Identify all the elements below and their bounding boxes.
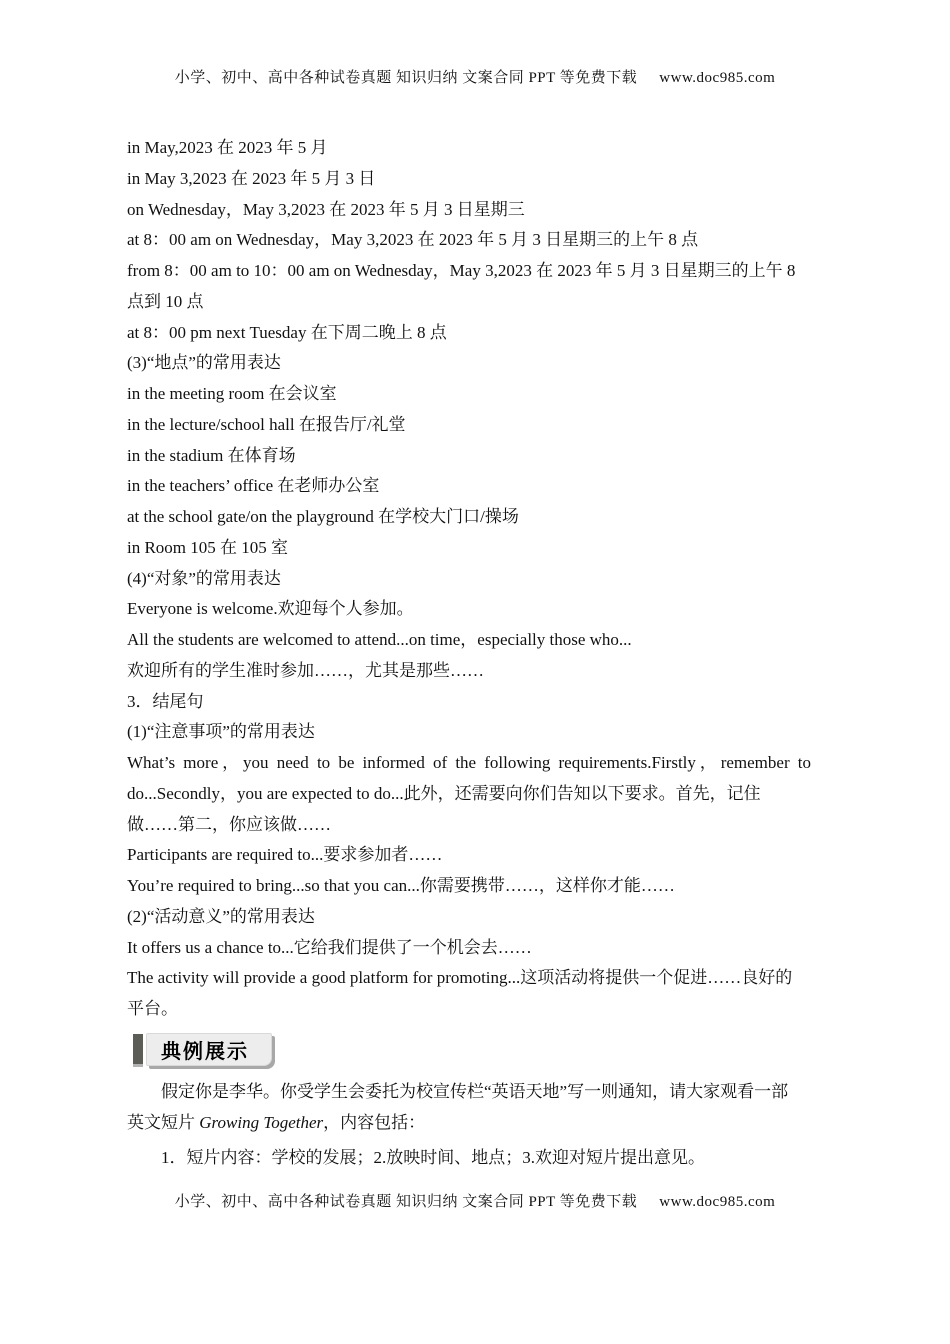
text-line: Participants are required to...要求参加者…… bbox=[127, 840, 811, 871]
text-line: You’re required to bring...so that you c… bbox=[127, 871, 811, 902]
header-site-url: www.doc985.com bbox=[659, 70, 775, 86]
text-line: in Room 105 在 105 室 bbox=[127, 533, 811, 564]
badge-label: 典例展示 bbox=[161, 1035, 249, 1064]
footer-site-url: www.doc985.com bbox=[659, 1194, 775, 1210]
text-line: do...Secondly，you are expected to do...此… bbox=[127, 779, 811, 810]
text-line: 做……第二，你应该做…… bbox=[127, 810, 811, 841]
text-line: (1)“注意事项”的常用表达 bbox=[127, 717, 811, 748]
text-line: 3．结尾句 bbox=[127, 687, 811, 718]
text-line: at the school gate/on the playground 在学校… bbox=[127, 502, 811, 533]
text-line: (2)“活动意义”的常用表达 bbox=[127, 902, 811, 933]
text-line: from 8：00 am to 10：00 am on Wednesday，Ma… bbox=[127, 256, 811, 287]
footer-site-note: 小学、初中、高中各种试卷真题 知识归纳 文案合同 PPT 等免费下载 bbox=[175, 1194, 638, 1210]
text-line: on Wednesday，May 3,2023 在 2023 年 5 月 3 日… bbox=[127, 195, 811, 226]
text-span: 英文短片 bbox=[127, 1113, 199, 1132]
text-line: 平台。 bbox=[127, 994, 811, 1025]
text-line: What’s more，you need to be informed of t… bbox=[127, 748, 811, 779]
text-line: 点到 10 点 bbox=[127, 287, 811, 318]
text-span: ，内容包括： bbox=[323, 1113, 425, 1132]
text-line: (4)“对象”的常用表达 bbox=[127, 564, 811, 595]
text-line: It offers us a chance to...它给我们提供了一个机会去…… bbox=[127, 933, 811, 964]
text-line: 欢迎所有的学生准时参加……，尤其是那些…… bbox=[127, 656, 811, 687]
text-line: in the meeting room 在会议室 bbox=[127, 379, 811, 410]
example-section: 假定你是李华。你受学生会委托为校宣传栏“英语天地”写一则通知，请大家观看一部 英… bbox=[127, 1077, 817, 1173]
text-line: in the teachers’ office 在老师办公室 bbox=[127, 471, 811, 502]
text-line: Everyone is welcome.欢迎每个人参加。 bbox=[127, 594, 811, 625]
text-line: (3)“地点”的常用表达 bbox=[127, 348, 811, 379]
text-line: at 8：00 am on Wednesday，May 3,2023 在 202… bbox=[127, 225, 811, 256]
text-line: at 8：00 pm next Tuesday 在下周二晚上 8 点 bbox=[127, 318, 811, 349]
text-line: All the students are welcomed to attend.… bbox=[127, 625, 811, 656]
text-line: 假定你是李华。你受学生会委托为校宣传栏“英语天地”写一则通知，请大家观看一部 bbox=[127, 1077, 817, 1108]
text-line: 1．短片内容：学校的发展；2.放映时间、地点；3.欢迎对短片提出意见。 bbox=[127, 1143, 817, 1174]
text-line: in the stadium 在体育场 bbox=[127, 441, 811, 472]
document-page: 小学、初中、高中各种试卷真题 知识归纳 文案合同 PPT 等免费下载www.do… bbox=[0, 0, 950, 1344]
header-site-note: 小学、初中、高中各种试卷真题 知识归纳 文案合同 PPT 等免费下载 bbox=[175, 70, 638, 86]
page-header: 小学、初中、高中各种试卷真题 知识归纳 文案合同 PPT 等免费下载www.do… bbox=[0, 66, 950, 87]
text-line: in May,2023 在 2023 年 5 月 bbox=[127, 133, 811, 164]
section-badge-dianlizhanshi: 典例展示 bbox=[133, 1033, 272, 1066]
film-title: Growing Together bbox=[199, 1113, 323, 1132]
text-line: 英文短片 Growing Together，内容包括： bbox=[127, 1108, 817, 1139]
text-line: in the lecture/school hall 在报告厅/礼堂 bbox=[127, 410, 811, 441]
page-footer: 小学、初中、高中各种试卷真题 知识归纳 文案合同 PPT 等免费下载www.do… bbox=[0, 1190, 950, 1211]
badge-box: 典例展示 bbox=[146, 1033, 272, 1066]
text-line: The activity will provide a good platfor… bbox=[127, 963, 811, 994]
badge-bar-icon bbox=[133, 1034, 143, 1064]
text-line: in May 3,2023 在 2023 年 5 月 3 日 bbox=[127, 164, 811, 195]
document-body: in May,2023 在 2023 年 5 月 in May 3,2023 在… bbox=[127, 133, 811, 1025]
